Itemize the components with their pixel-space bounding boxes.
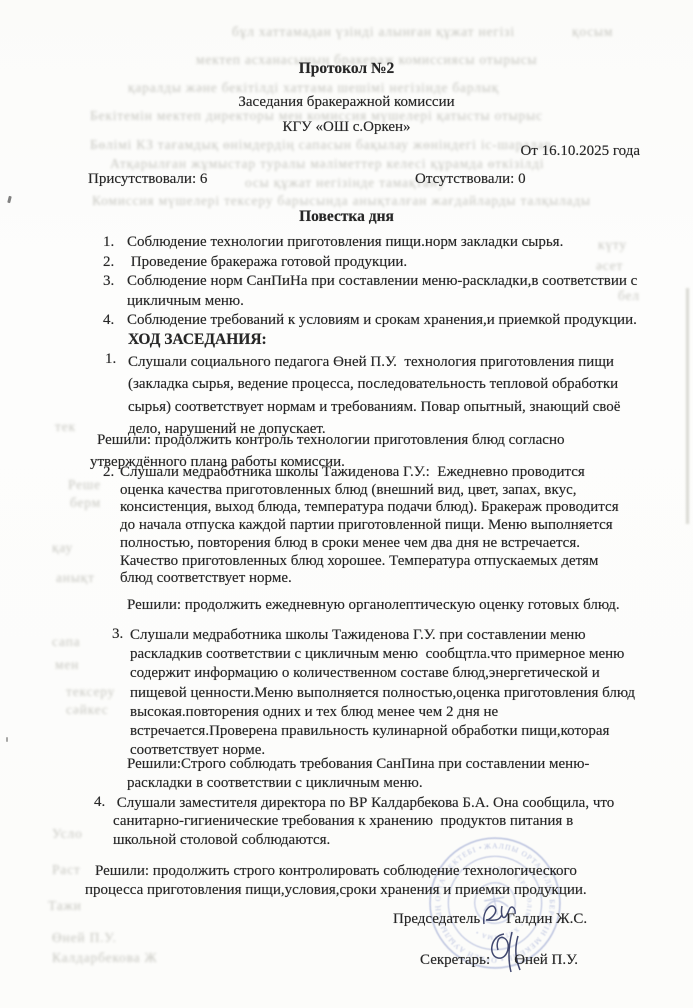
absent-count: Отсутствовали: 0 (415, 171, 526, 188)
proceeding-number: 1. (105, 351, 116, 368)
text-line: высокая.повторения одних и тех блюд мене… (130, 703, 635, 722)
text-line: консистенция, выход блюда, температура п… (120, 499, 619, 517)
signature-name: Өней П.У. (514, 952, 578, 969)
agenda-item-number: 3. (103, 272, 127, 311)
agenda-item-number: 1. (103, 233, 127, 253)
proceeding-number: 4. (94, 794, 105, 811)
bleed-through-fragment: Тажи (48, 898, 82, 914)
bleed-through-fragment: тек (55, 419, 76, 435)
attendance-row: Присутствовали: 6 Отсутствовали: 0 (0, 171, 693, 191)
text-line: блюд соответствует норме. (120, 570, 619, 588)
text-line: встречается.Проверена правильность кулин… (130, 722, 635, 741)
bleed-through-fragment: қосым (572, 24, 613, 40)
bleed-through-fragment: мен (55, 657, 79, 673)
text-line: Решили: продолжить контроль технологии п… (90, 429, 565, 451)
agenda-item: 4.Соблюдение требований к условиям и сро… (103, 311, 637, 331)
document-date: От 16.10.2025 года (0, 143, 693, 160)
proceeding-text: Слушали социального педагога Өней П.У. т… (128, 351, 620, 440)
text-line: содержит информацию о количественном сос… (130, 664, 635, 683)
resolution-paragraph: Решили:Строго соблюдать требования СанПи… (127, 755, 589, 793)
bleed-through-fragment: Реше (68, 477, 101, 493)
signature-role: Секретарь: (420, 952, 490, 969)
agenda-item-number: 4. (103, 311, 127, 331)
text-line: полностью, повторения блюд в сроки менее… (120, 535, 619, 553)
document-subtitle: Заседания бракеражной комиссии (0, 94, 693, 111)
signature-name: Галдин Ж.С. (506, 911, 587, 928)
agenda-list: 1.Соблюдение технологии приготовления пи… (103, 233, 637, 331)
bleed-through-fragment: Өней П.У. (52, 930, 117, 946)
agenda-item-text: Соблюдение норм СанПиНа при составлении … (127, 272, 637, 311)
proceedings-heading: ХОД ЗАСЕДАНИЯ: (128, 331, 267, 349)
agenda-item-text: Соблюдение требований к условиям и срока… (127, 311, 637, 331)
proceeding-text: Слушали медработника школы Тажиденова Г.… (130, 626, 635, 760)
text-line: раскладкив соответствии с цикличным меню… (130, 645, 635, 664)
text-line: до начала отпуска каждой партии приготов… (120, 517, 619, 535)
text-line: Слушали медработника школы Тажиденова Г.… (130, 626, 635, 645)
bleed-through-fragment: сәйкес (66, 702, 109, 718)
text-line: Качество приготовленных блюд хорошее. Те… (120, 553, 619, 571)
text-line: Соблюдение норм СанПиНа при составлении … (127, 272, 637, 292)
text-line: Проведение бракеража готовой продукции. (127, 253, 407, 273)
text-line: школьной столовой соблюдаются. (113, 831, 614, 849)
bleed-through-fragment: Комиссия мүшелері тексеру барысында анық… (92, 193, 591, 209)
proceeding-text: Слушали заместителя директора по ВР Калд… (113, 794, 614, 849)
signature-role: Председатель (393, 911, 480, 928)
bleed-through-fragment: қау (52, 540, 73, 556)
agenda-item-text: Соблюдение технологии приготовления пищи… (127, 233, 563, 253)
resolution-paragraph: Решили: продолжить строго контролировать… (85, 862, 587, 899)
text-line: Решили:Строго соблюдать требования СанПи… (127, 755, 589, 774)
bleed-through-fragment: бұл хаттамадан үзінді алынған құжат негі… (232, 24, 515, 40)
text-line: цикличным меню. (127, 292, 637, 312)
text-line: раскладки в соответствии с цикличным мен… (127, 774, 589, 793)
bleed-through-fragment: Раст (52, 862, 81, 878)
scanned-document-page: бұл хаттамадан үзінді алынған құжат негі… (0, 0, 693, 1008)
text-line: Решили: продолжить строго контролировать… (85, 862, 587, 881)
text-line: сырья) соответствует нормам и требования… (128, 396, 620, 418)
scan-edge-streak (686, 288, 689, 524)
text-line: санитарно-гигиенические требования к хра… (113, 812, 614, 830)
text-line: оценка качества приготовленных блюд (вне… (120, 482, 619, 500)
text-line: пищевой ценности.Меню выполняется полнос… (130, 684, 635, 703)
text-line: Соблюдение технологии приготовления пищи… (127, 233, 563, 253)
text-line: Слушали заместителя директора по ВР Калд… (113, 794, 614, 812)
text-line: процесса приготовления пищи,условия,срок… (85, 881, 587, 900)
text-line: Слушали медработника школы Тажиденова Г.… (120, 464, 619, 482)
agenda-item-number: 2. (103, 253, 127, 273)
bleed-through-fragment: берм (70, 495, 101, 511)
text-line: (закладка сырья, ведение процесса, после… (128, 373, 620, 395)
proceeding-number: 2. (103, 464, 114, 481)
agenda-item: 1.Соблюдение технологии приготовления пи… (103, 233, 637, 253)
text-line: Соблюдение требований к условиям и срока… (127, 311, 637, 331)
bleed-through-fragment: тексеру (66, 684, 115, 700)
text-line: Слушали социального педагога Өней П.У. т… (128, 351, 620, 373)
agenda-heading: Повестка дня (0, 208, 693, 226)
present-count: Присутствовали: 6 (88, 171, 207, 188)
document-title: Протокол №2 (0, 60, 693, 78)
bleed-through-fragment: Усло (52, 826, 83, 842)
secretary-signature-row: Секретарь:Өней П.У. (420, 936, 578, 984)
agenda-item-text: Проведение бракеража готовой продукции. (127, 253, 407, 273)
organization-name: КГУ «ОШ с.Оркен» (0, 119, 693, 136)
agenda-item: 2. Проведение бракеража готовой продукци… (103, 253, 637, 273)
proceeding-text: Слушали медработника школы Тажиденова Г.… (120, 464, 619, 588)
scan-artifact (6, 737, 8, 742)
bleed-through-fragment: анықт (56, 570, 95, 586)
agenda-item: 3.Соблюдение норм СанПиНа при составлени… (103, 272, 637, 311)
proceeding-number: 3. (112, 626, 123, 643)
bleed-through-fragment: сапа (52, 634, 80, 650)
bleed-through-fragment: Калдарбекова Ж (52, 950, 157, 966)
text-line: Решили: продолжить ежедневную органолепт… (127, 596, 620, 615)
resolution-paragraph: Решили: продолжить ежедневную органолепт… (127, 596, 620, 615)
